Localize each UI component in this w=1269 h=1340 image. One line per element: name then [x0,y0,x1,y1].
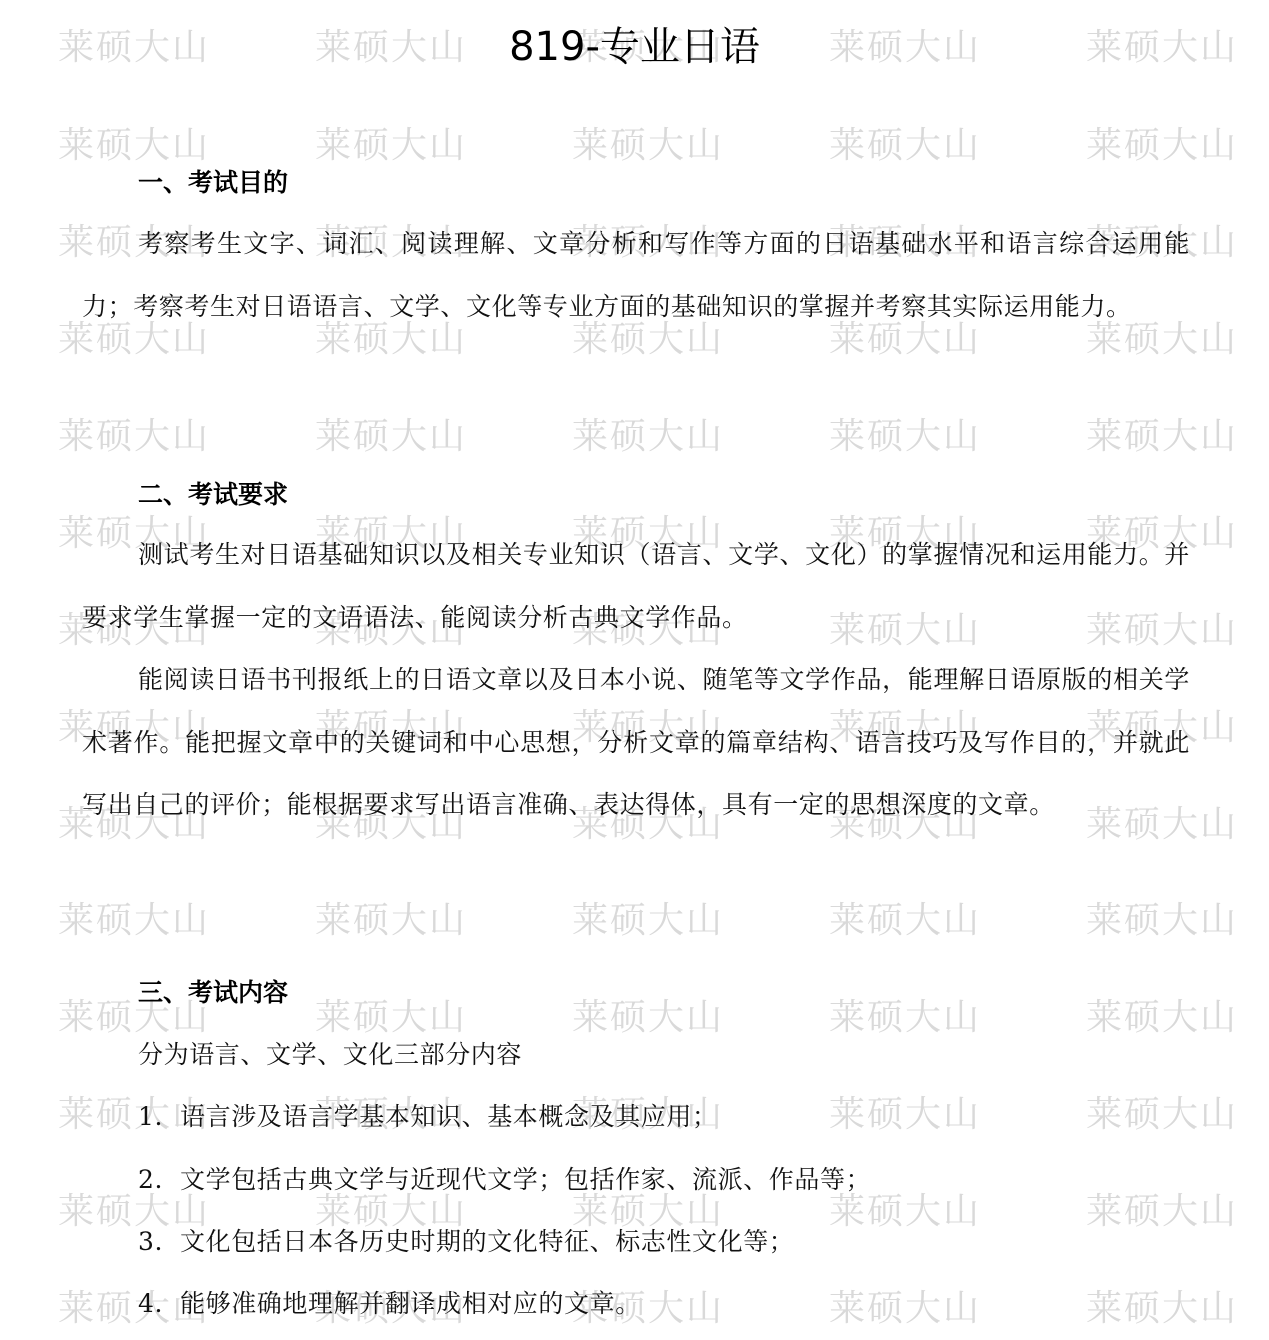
list-item-text: 语言涉及语言学基本知识、基本概念及其应用； [180,1102,718,1131]
list-item-number: 4. [138,1273,180,1335]
list-item: 1.语言涉及语言学基本知识、基本概念及其应用； [138,1086,718,1148]
section-heading-content: 三、考试内容 [138,978,288,1008]
list-item: 3.文化包括日本各历史时期的文化特征、标志性文化等； [138,1211,794,1273]
document-page: 819-专业日语 一、考试目的 考察考生文字、词汇、阅读理解、文章分析和写作等方… [0,0,1269,1340]
section-heading-purpose: 一、考试目的 [138,168,288,198]
list-item: 4.能够准确地理解并翻译成相对应的文章。 [138,1273,641,1335]
section-paragraph: 考察考生文字、词汇、阅读理解、文章分析和写作等方面的日语基础水平和语言综合运用能… [82,213,1190,338]
list-item-text: 文学包括古典文学与近现代文学；包括作家、流派、作品等； [180,1165,871,1194]
list-item: 2.文学包括古典文学与近现代文学；包括作家、流派、作品等； [138,1149,871,1211]
document-title: 819-专业日语 [0,22,1269,72]
list-item-number: 2. [138,1149,180,1211]
section-paragraph: 测试考生对日语基础知识以及相关专业知识（语言、文学、文化）的掌握情况和运用能力。… [82,524,1190,649]
list-item-number: 3. [138,1211,180,1273]
list-item-text: 文化包括日本各历史时期的文化特征、标志性文化等； [180,1227,794,1256]
section-paragraph: 能阅读日语书刊报纸上的日语文章以及日本小说、随笔等文学作品，能理解日语原版的相关… [82,649,1190,837]
list-item-text: 能够准确地理解并翻译成相对应的文章。 [180,1289,641,1318]
section-intro: 分为语言、文学、文化三部分内容 [138,1024,522,1086]
list-item-number: 1. [138,1086,180,1148]
section-heading-requirements: 二、考试要求 [138,480,288,510]
